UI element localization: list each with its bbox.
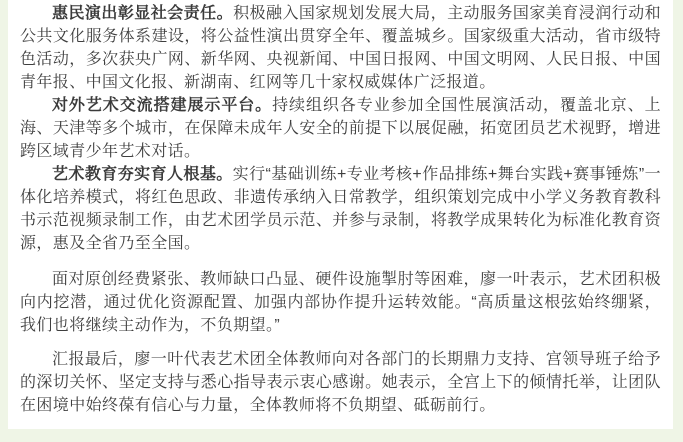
paragraph-lead: 惠民演出彰显社会责任。 bbox=[52, 5, 233, 22]
paragraph: 汇报最后，廖一叶代表艺术团全体教师向对各部门的长期鼎力支持、宫领导班子给予的深切… bbox=[20, 348, 661, 417]
paragraph: 面对原创经费紧张、教师缺口凸显、硬件设施掣肘等困难，廖一叶表示，艺术团积极向内挖… bbox=[20, 268, 661, 337]
paragraph-text: 汇报最后，廖一叶代表艺术团全体教师向对各部门的长期鼎力支持、宫领导班子给予的深切… bbox=[20, 351, 661, 414]
paragraph-lead: 艺术教育夯实育人根基。 bbox=[52, 166, 233, 183]
paragraph-text: 面对原创经费紧张、教师缺口凸显、硬件设施掣肘等困难，廖一叶表示，艺术团积极向内挖… bbox=[20, 271, 661, 334]
paragraph-lead: 对外艺术交流搭建展示平台。 bbox=[52, 97, 272, 114]
paragraph: 艺术教育夯实育人根基。实行“基础训练+专业考核+作品排练+舞台实践+赛事锤炼”一… bbox=[20, 163, 661, 255]
paragraph: 惠民演出彰显社会责任。积极融入国家规划发展大局，主动服务国家美育浸润行动和公共文… bbox=[20, 2, 661, 94]
document-page: 惠民演出彰显社会责任。积极融入国家规划发展大局，主动服务国家美育浸润行动和公共文… bbox=[8, 0, 673, 429]
paragraph: 对外艺术交流搭建展示平台。持续组织各专业参加全国性展演活动，覆盖北京、上海、天津… bbox=[20, 94, 661, 163]
